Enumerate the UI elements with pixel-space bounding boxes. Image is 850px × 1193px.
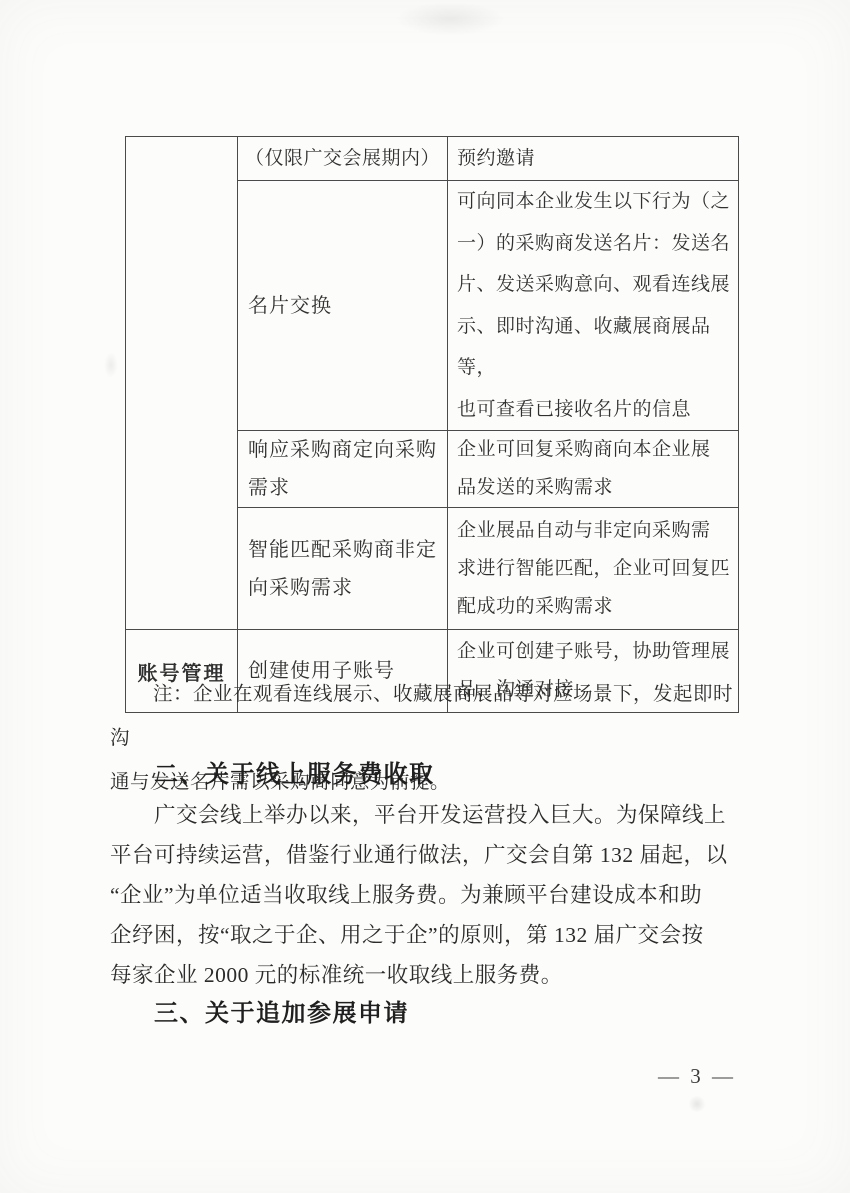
section-2-heading: 二、关于线上服务费收取 xyxy=(154,760,435,790)
document-page: （仅限广交会展期内） 预约邀请 名片交换 可向同本企业发生以下行为（之 一）的采… xyxy=(0,0,850,1193)
table-cell-function: 智能匹配采购商非定 向采购需求 xyxy=(238,508,448,630)
table-cell-description: 可向同本企业发生以下行为（之 一）的采购商发送名片：发送名 片、发送采购意向、观… xyxy=(448,181,739,431)
scan-artifact xyxy=(395,2,505,36)
table-cell-description: 企业可回复采购商向本企业展 品发送的采购需求 xyxy=(448,431,739,508)
section-3-heading: 三、关于追加参展申请 xyxy=(154,999,409,1029)
table-cell-description: 预约邀请 xyxy=(448,137,739,181)
table-cell-description: 企业展品自动与非定向采购需 求进行智能匹配，企业可回复匹 配成功的采购需求 xyxy=(448,508,739,630)
features-table: （仅限广交会展期内） 预约邀请 名片交换 可向同本企业发生以下行为（之 一）的采… xyxy=(125,136,739,713)
table-cell-feature xyxy=(126,137,238,630)
table-cell-function: 响应采购商定向采购 需求 xyxy=(238,431,448,508)
scan-artifact xyxy=(688,1096,706,1112)
table-cell-function: （仅限广交会展期内） xyxy=(238,137,448,181)
section-2-paragraph: 广交会线上举办以来，平台开发运营投入巨大。为保障线上 平台可持续运营，借鉴行业通… xyxy=(110,795,750,995)
scan-artifact xyxy=(104,352,118,378)
table-row: （仅限广交会展期内） 预约邀请 xyxy=(126,137,739,181)
table-cell-function: 名片交换 xyxy=(238,181,448,431)
page-number: — 3 — xyxy=(658,1064,736,1089)
